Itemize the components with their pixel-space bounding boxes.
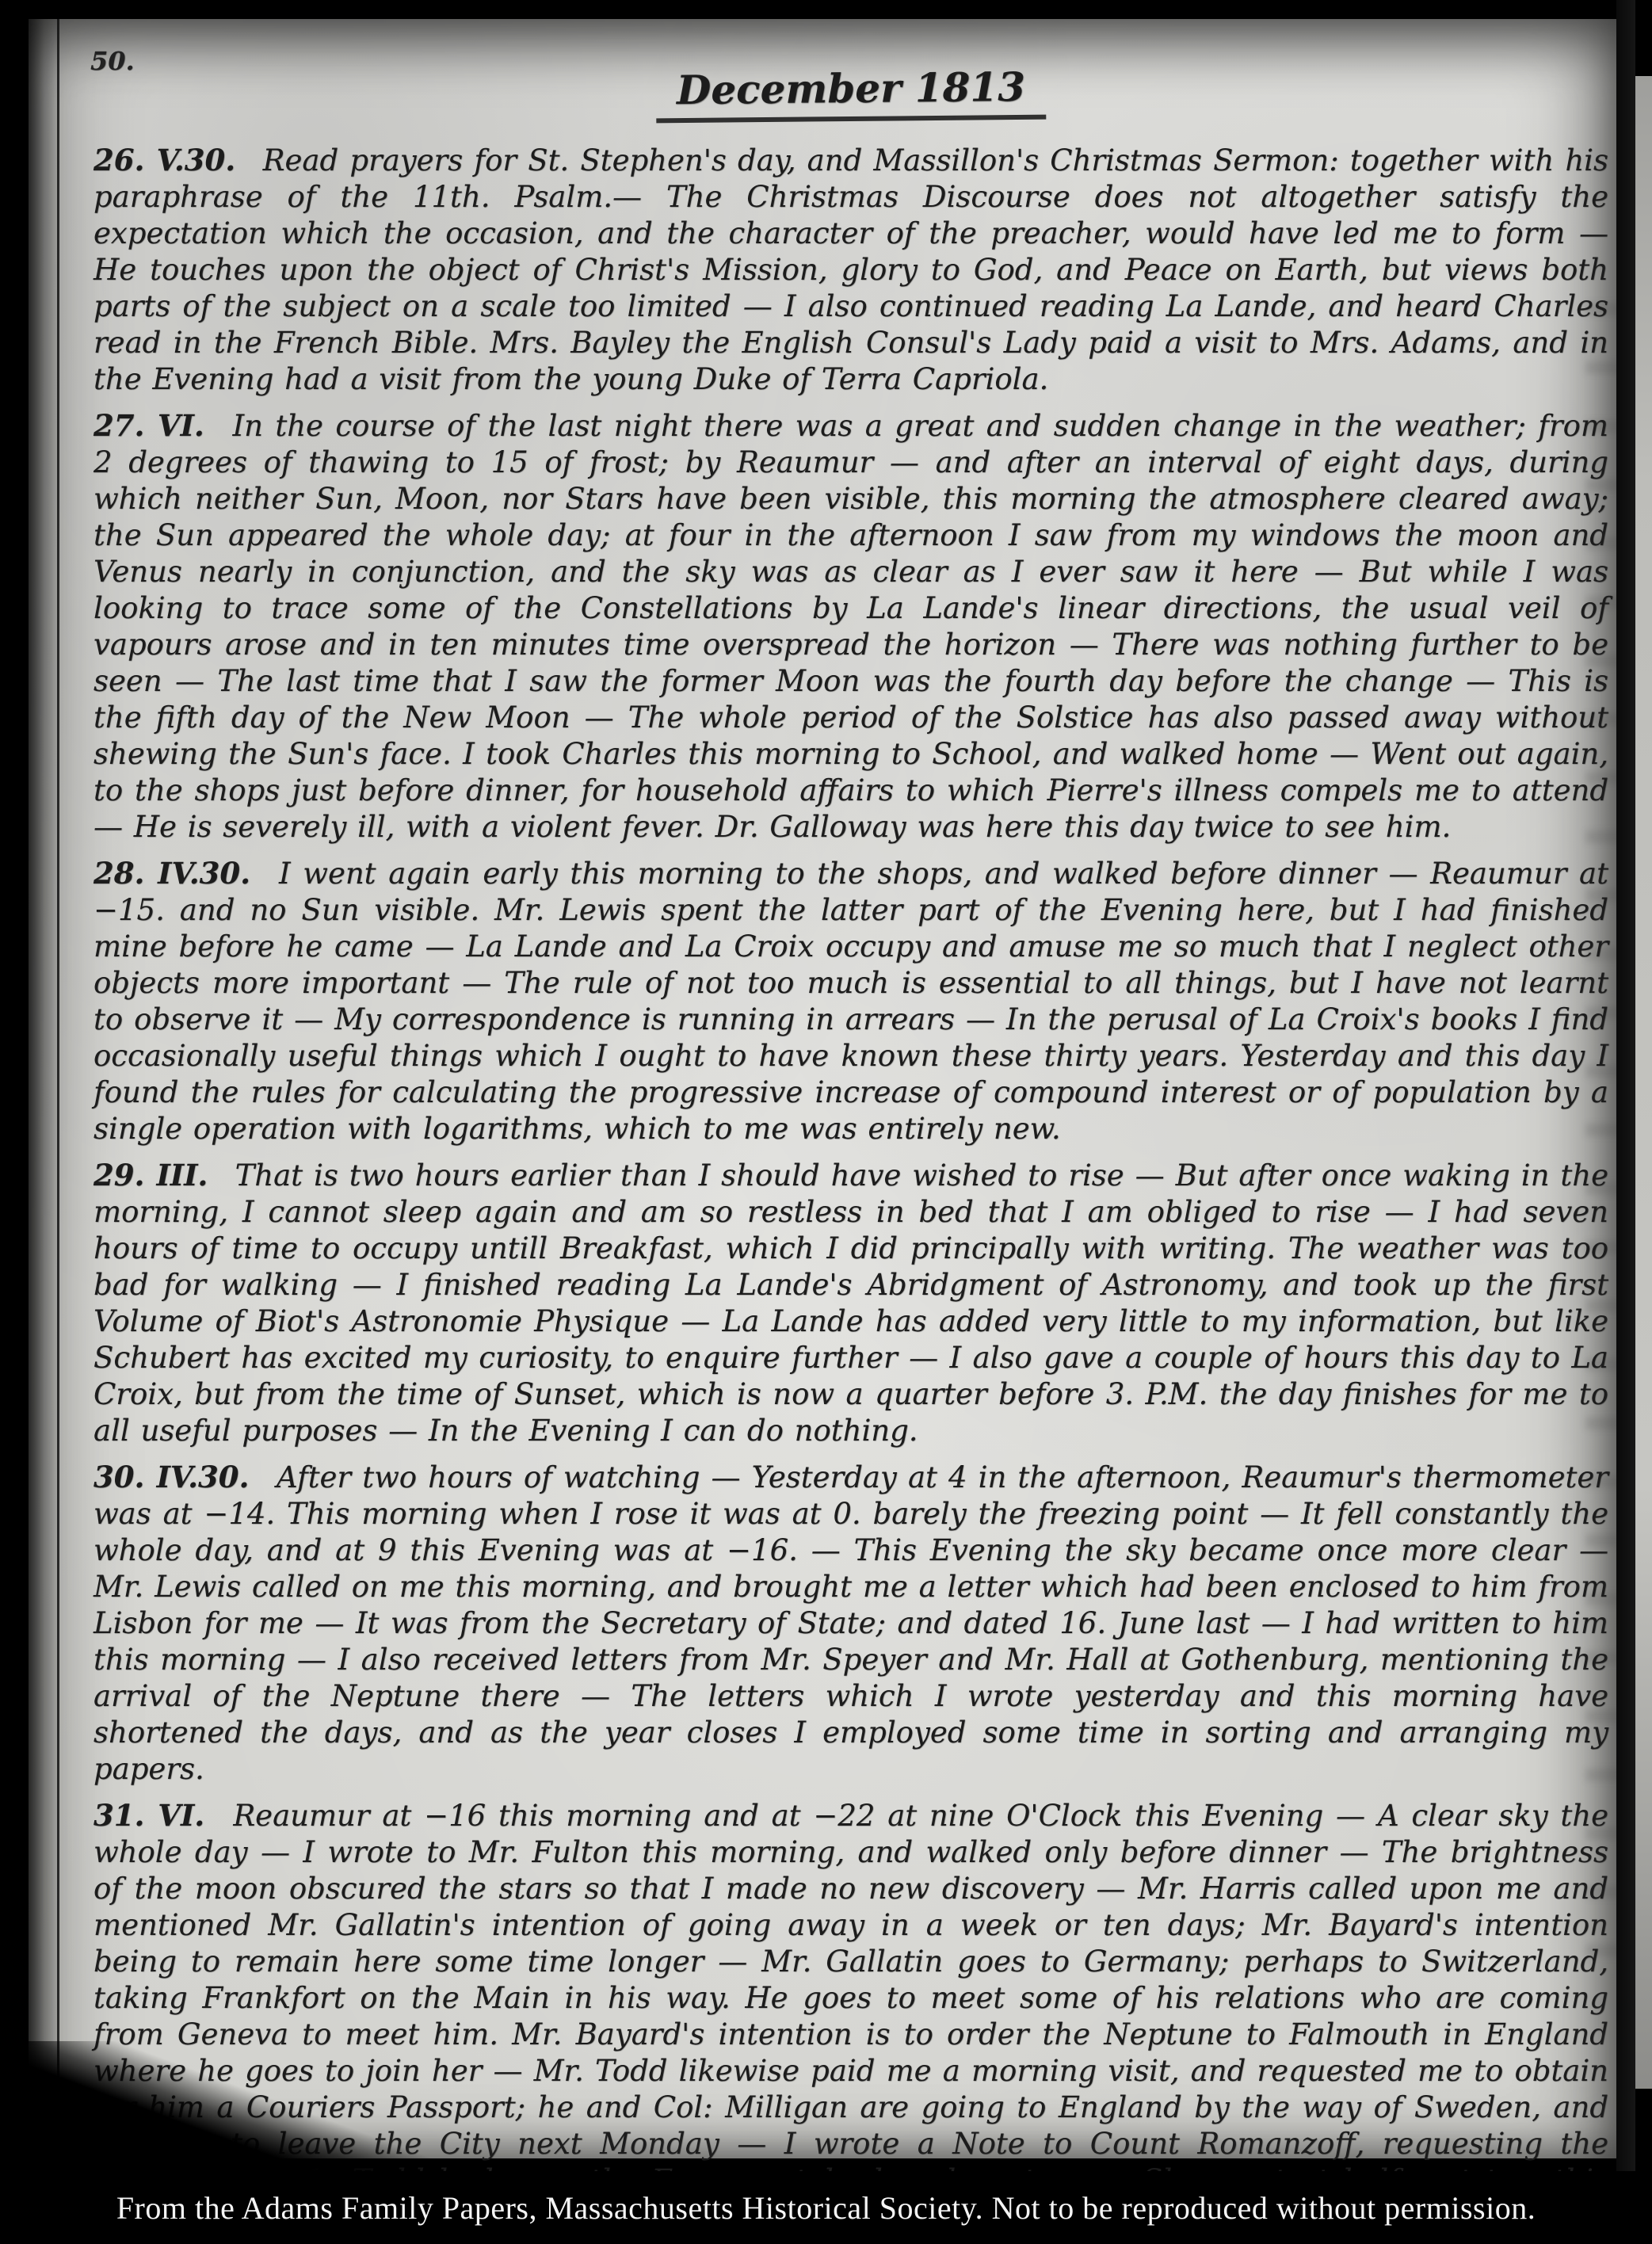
diary-entry-28: 28. IV.30. I went again early this morni…: [93, 855, 1608, 1147]
month-header-text: December 1813: [656, 63, 1047, 124]
adjacent-page-sliver: [1635, 76, 1652, 2089]
caption-band: From the Adams Family Papers, Massachuse…: [0, 2171, 1652, 2244]
book-spine-edge: [29, 19, 59, 2158]
entry-text: I went again early this morning to the s…: [93, 857, 1608, 1146]
diary-entry-29: 29. III. That is two hours earlier than …: [93, 1157, 1608, 1449]
entry-date-label: 30. IV.30.: [93, 1460, 249, 1494]
entry-date-label: 31. VI.: [93, 1798, 204, 1833]
entry-date-label: 28. IV.30.: [93, 856, 250, 891]
entry-text: In the course of the last night there wa…: [93, 409, 1608, 844]
entry-date-label: 26. V.30.: [93, 143, 235, 177]
page-edge-shadow: [1616, 0, 1635, 2174]
manuscript-page: 50. December 1813 26. V.30. Read prayers…: [29, 19, 1616, 2158]
diary-text-block: December 1813 26. V.30. Read prayers for…: [93, 65, 1608, 2244]
diary-entry-27: 27. VI. In the course of the last night …: [93, 407, 1608, 845]
entry-text: That is two hours earlier than I should …: [93, 1158, 1608, 1448]
month-header: December 1813: [93, 65, 1608, 121]
entry-date-label: 27. VI.: [93, 408, 204, 443]
entry-date-label: 29. III.: [93, 1158, 208, 1193]
entry-text: Read prayers for St. Stephen's day, and …: [93, 143, 1608, 396]
entry-text: After two hours of watching — Yesterday …: [93, 1460, 1608, 1786]
diary-entry-30: 30. IV.30. After two hours of watching —…: [93, 1459, 1608, 1788]
copyright-caption: From the Adams Family Papers, Massachuse…: [116, 2189, 1536, 2227]
diary-entry-26: 26. V.30. Read prayers for St. Stephen's…: [93, 142, 1608, 398]
